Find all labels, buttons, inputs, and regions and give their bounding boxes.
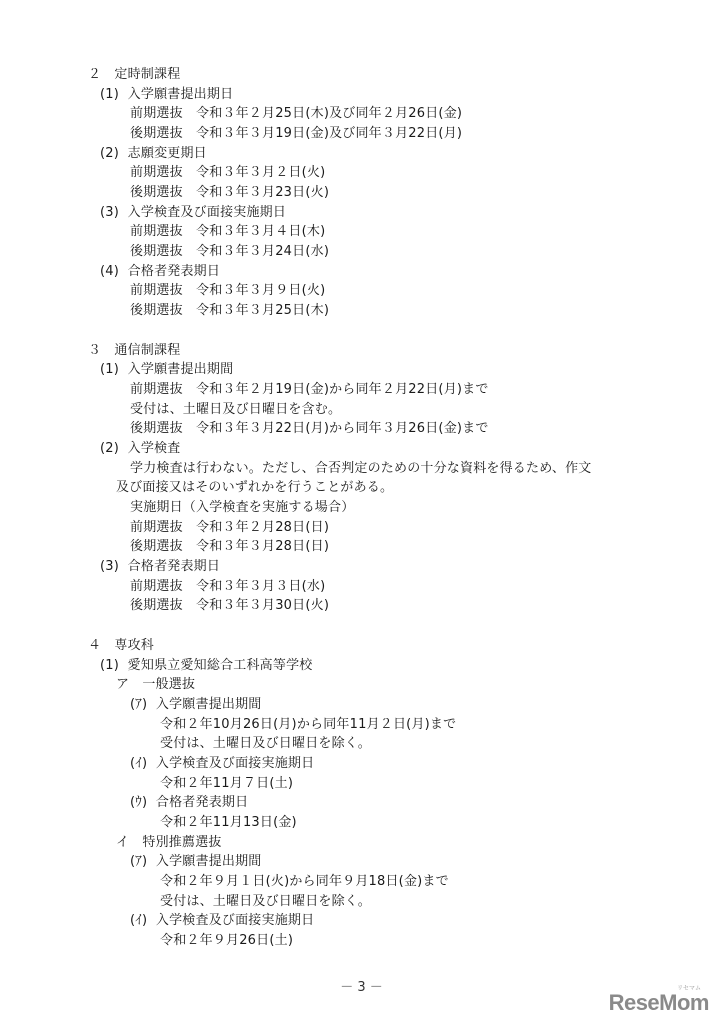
document-line: ４ 専攻科 — [88, 636, 154, 655]
document-line: (1) 愛知県立愛知総合工科高等学校 — [100, 656, 312, 675]
document-line: 前期選抜 令和３年２月19日(金)から同年２月22日(月)まで — [130, 380, 489, 399]
document-line: (ｱ) 入学願書提出期間 — [130, 852, 262, 871]
document-line: 後期選抜 令和３年３月28日(日) — [130, 537, 329, 556]
document-line: 受付は、土曜日及び日曜日を除く。 — [160, 892, 371, 911]
document-line: (3) 合格者発表期日 — [100, 557, 220, 576]
watermark-ruby: リセマム — [677, 983, 701, 992]
document-line: 後期選抜 令和３年３月23日(火) — [130, 183, 329, 202]
document-line: (1) 入学願書提出期間 — [100, 360, 233, 379]
document-line: 後期選抜 令和３年３月22日(月)から同年３月26日(金)まで — [130, 419, 489, 438]
document-line: 前期選抜 令和３年３月３日(水) — [130, 577, 325, 596]
document-line: 前期選抜 令和３年３月９日(火) — [130, 281, 325, 300]
document-line: (ｲ) 入学検査及び面接実施期日 — [130, 754, 314, 773]
document-line: 令和２年10月26日(月)から同年11月２日(月)まで — [160, 715, 456, 734]
document-line: イ 特別推薦選抜 — [116, 833, 222, 852]
document-line: 前期選抜 令和３年２月28日(日) — [130, 518, 329, 537]
document-line: (ｳ) 合格者発表期日 — [130, 793, 248, 812]
document-line: 令和２年11月13日(金) — [160, 813, 297, 832]
document-line: ア 一般選抜 — [116, 675, 195, 694]
document-line: 令和２年９月26日(土) — [160, 931, 293, 950]
document-line: 令和２年11月７日(土) — [160, 774, 293, 793]
document-line: 後期選抜 令和３年３月24日(水) — [130, 242, 329, 261]
document-line: 実施期日（入学検査を実施する場合） — [130, 498, 354, 517]
document-line: 前期選抜 令和３年３月２日(火) — [130, 163, 325, 182]
document-line: 前期選抜 令和３年２月25日(木)及び同年２月26日(金) — [130, 104, 462, 123]
document-line: 受付は、土曜日及び日曜日を含む。 — [130, 400, 341, 419]
document-line: 受付は、土曜日及び日曜日を除く。 — [160, 734, 371, 753]
document-line: 令和２年９月１日(火)から同年９月18日(金)まで — [160, 872, 449, 891]
document-line: (1) 入学願書提出期日 — [100, 85, 233, 104]
document-line: (ｲ) 入学検査及び面接実施期日 — [130, 911, 314, 930]
document-page: ２ 定時制課程(1) 入学願書提出期日前期選抜 令和３年２月25日(木)及び同年… — [0, 0, 723, 1025]
document-line: (ｱ) 入学願書提出期間 — [130, 695, 262, 714]
document-line: (4) 合格者発表期日 — [100, 262, 220, 281]
watermark-text: ReseMom — [609, 990, 709, 1015]
document-line: 前期選抜 令和３年３月４日(木) — [130, 222, 325, 241]
document-line: ３ 通信制課程 — [88, 341, 180, 360]
resemom-watermark-logo: ReseMom リセマム — [609, 990, 709, 1016]
document-line: 学力検査は行わない。ただし、合否判定のための十分な資料を得るため、作文 — [130, 459, 591, 478]
document-line: (2) 志願変更期日 — [100, 144, 207, 163]
document-line: (3) 入学検査及び面接実施期日 — [100, 203, 286, 222]
document-line: 後期選抜 令和３年３月19日(金)及び同年３月22日(月) — [130, 124, 462, 143]
document-line: (2) 入学検査 — [100, 439, 180, 458]
document-line: ２ 定時制課程 — [88, 65, 180, 84]
document-line: 及び面接又はそのいずれかを行うことがある。 — [116, 478, 393, 497]
document-line: 後期選抜 令和３年３月25日(木) — [130, 301, 329, 320]
document-line: 後期選抜 令和３年３月30日(火) — [130, 596, 329, 615]
